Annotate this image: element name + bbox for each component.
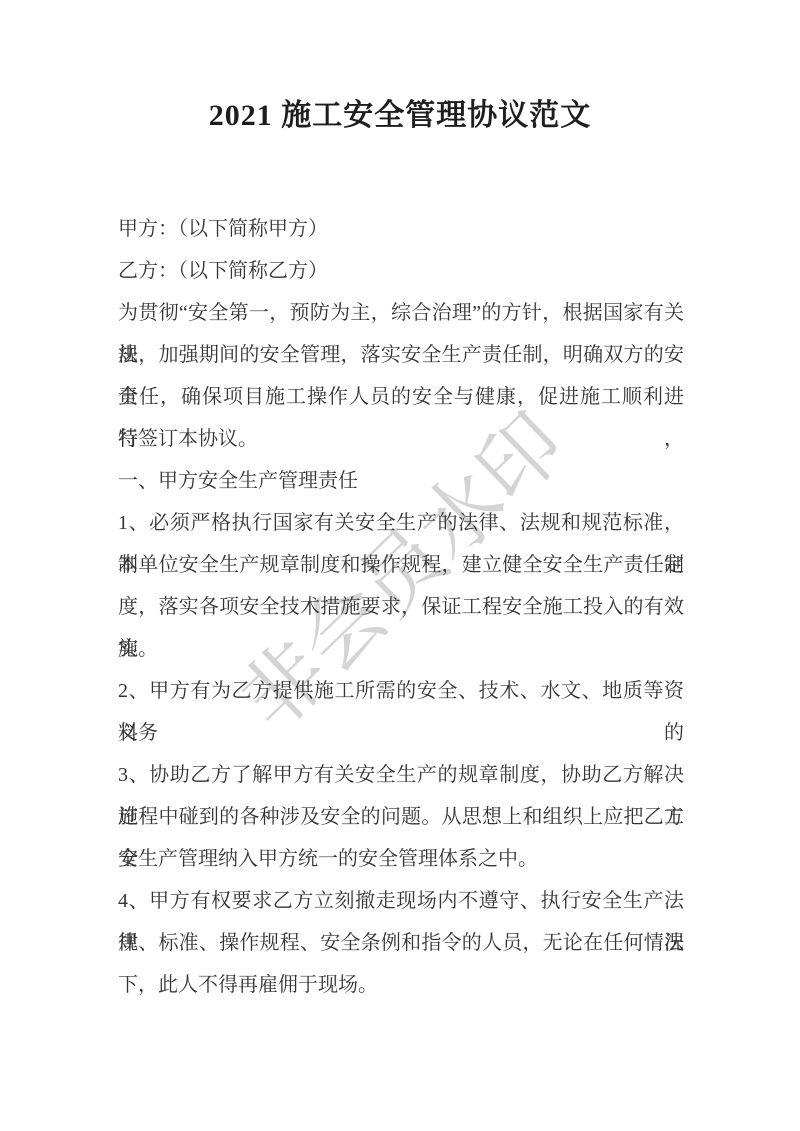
text-line: 全生产管理纳入甲方统一的安全管理体系之中。: [118, 838, 684, 880]
document-body: 甲方：（以下简称甲方）乙方：（以下简称乙方）为贯彻“安全第一，预防为主，综合治理…: [118, 208, 684, 1006]
text-line: 规、标准、操作规程、安全条例和指令的人员，无论在任何情况: [118, 922, 684, 964]
text-line: 责任，确保项目施工操作人员的安全与健康，促进施工顺利进行，: [118, 376, 684, 418]
text-line: 为贯彻“安全第一，预防为主，综合治理”的方针，根据国家有关法: [118, 292, 684, 334]
text-line: 本单位安全生产规章制度和操作规程，建立健全安全生产责任制: [118, 544, 684, 586]
text-line: 4、甲方有权要求乙方立刻撤走现场内不遵守、执行安全生产法律法: [118, 880, 684, 922]
text-line: 1、必须严格执行国家有关安全生产的法律、法规和规范标准，制定: [118, 502, 684, 544]
document-page: 非会员水印 2021 施工安全管理协议范文 甲方：（以下简称甲方）乙方：（以下简…: [0, 0, 800, 1131]
text-line: 一、甲方安全生产管理责任: [118, 460, 684, 502]
text-line: 下，此人不得再雇佣于现场。: [118, 964, 684, 1006]
text-line: 甲方：（以下简称甲方）: [118, 208, 684, 250]
text-line: 乙方：（以下简称乙方）: [118, 250, 684, 292]
document-title: 2021 施工安全管理协议范文: [117, 92, 683, 140]
text-line: 施。: [118, 628, 684, 670]
text-line: 3、协助乙方了解甲方有关安全生产的规章制度，协助乙方解决施工: [118, 754, 684, 796]
text-line: 过程中碰到的各种涉及安全的问题。从思想上和组织上应把乙方安: [118, 796, 684, 838]
text-line: 规，加强期间的安全管理，落实安全生产责任制，明确双方的安全: [118, 334, 684, 376]
text-line: 2、甲方有为乙方提供施工所需的安全、技术、水文、地质等资料的: [118, 670, 684, 712]
text-line: 度，落实各项安全技术措施要求，保证工程安全施工投入的有效实: [118, 586, 684, 628]
